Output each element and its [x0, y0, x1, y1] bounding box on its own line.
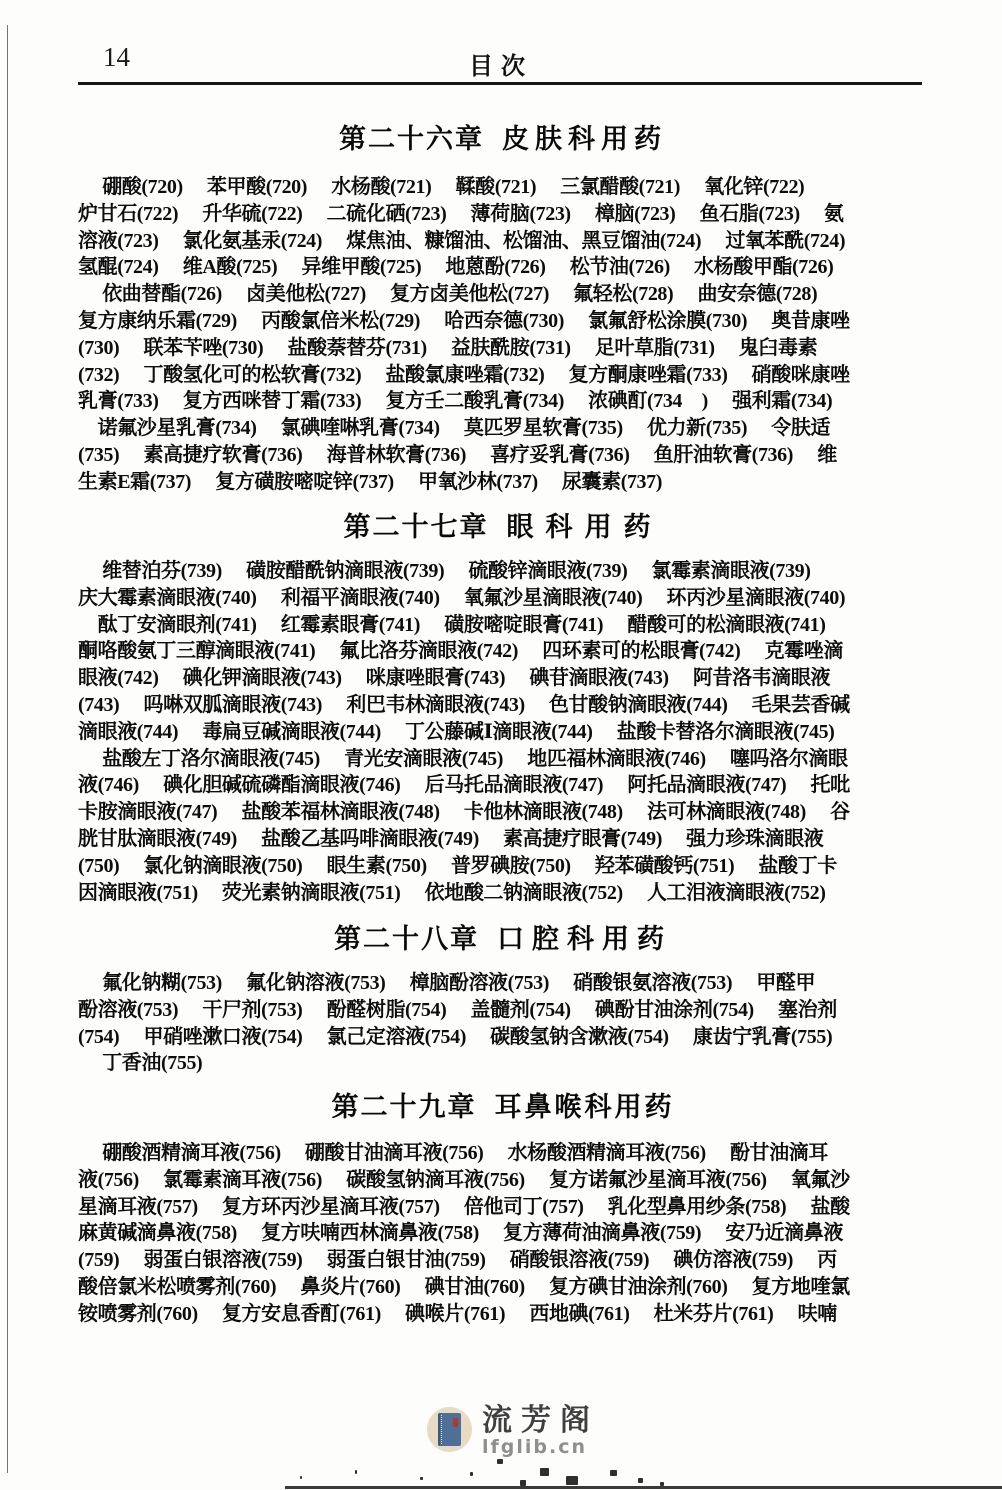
chapter-body: 维替泊芬(739) 磺胺醋酰钠滴眼液(739) 硫酸锌滴眼液(739) 氯霉素滴…: [78, 558, 928, 906]
chapter-subject: 皮肤科用药: [502, 124, 667, 154]
toc-line: 溶液(723) 氯化氨基汞(724) 煤焦油、糠馏油、松馏油、黑豆馏油(724)…: [78, 228, 928, 255]
scan-noise: [300, 1476, 302, 1479]
chapter-section: 第二十八章口腔科用药 氟化钠糊(753) 氟化钠溶液(753) 樟脑酚溶液(75…: [78, 924, 928, 1077]
toc-line: 星滴耳液(757) 复方环丙沙星滴耳液(757) 倍他司丁(757) 乳化型鼻用…: [78, 1194, 928, 1221]
scan-noise: [420, 1477, 423, 1480]
toc-line: 胱甘肽滴眼液(749) 盐酸乙基吗啡滴眼液(749) 素高捷疗眼膏(749) 强…: [78, 826, 928, 853]
toc-line: (759) 弱蛋白银溶液(759) 弱蛋白银甘油(759) 硝酸银溶液(759)…: [78, 1247, 928, 1274]
chapter-subject: 眼科用药: [507, 512, 663, 542]
scan-noise: [470, 1472, 473, 1476]
scan-noise: [566, 1476, 578, 1485]
chapter-section: 第二十七章眼科用药 维替泊芬(739) 磺胺醋酰钠滴眼液(739) 硫酸锌滴眼液…: [78, 512, 928, 906]
scan-bottom-edge: [285, 1486, 1002, 1489]
toc-line: 铵喷雾剂(760) 复方安息香酊(761) 碘喉片(761) 西地碘(761) …: [78, 1301, 928, 1328]
toc-line: 硼酸酒精滴耳液(756) 硼酸甘油滴耳液(756) 水杨酸酒精滴耳液(756) …: [78, 1140, 928, 1167]
scan-noise: [638, 1478, 643, 1483]
toc-line: 氟化钠糊(753) 氟化钠溶液(753) 樟脑酚溶液(753) 硝酸银氨溶液(7…: [78, 970, 928, 997]
watermark-site-name: 流芳阁: [482, 1405, 599, 1437]
scan-noise: [660, 1482, 664, 1486]
toc-line: 因滴眼液(751) 荧光素钠滴眼液(751) 依地酸二钠滴眼液(752) 人工泪…: [78, 880, 928, 907]
toc-line: (754) 甲硝唑漱口液(754) 氯己定溶液(754) 碳酸氢钠含漱液(754…: [78, 1024, 928, 1051]
scan-noise: [610, 1470, 617, 1476]
page-header: 14 目次: [78, 40, 924, 86]
book-logo-icon: [427, 1407, 472, 1452]
chapter-subject: 耳鼻喉科用药: [495, 1092, 675, 1122]
toc-line: 丁香油(755): [78, 1050, 928, 1077]
scan-edge-line: [7, 25, 8, 1473]
toc-line: 液(756) 氯霉素滴耳液(756) 碳酸氢钠滴耳液(756) 复方诺氟沙星滴耳…: [78, 1167, 928, 1194]
scan-noise: [497, 1459, 503, 1464]
toc-line: 炉甘石(722) 升华硫(722) 二硫化硒(723) 薄荷脑(723) 樟脑(…: [78, 201, 928, 228]
chapter-number: 第二十九章: [332, 1092, 477, 1122]
toc-line: 酸倍氯米松喷雾剂(760) 鼻炎片(760) 碘甘油(760) 复方碘甘油涂剂(…: [78, 1274, 928, 1301]
scanned-toc-page: 14 目次 第二十六章皮肤科用药 硼酸(720) 苯甲酸(720) 水杨酸(72…: [0, 0, 1002, 1490]
red-seal-mark: [453, 1418, 458, 1427]
toc-line: 诺氟沙星乳膏(734) 氯碘喹啉乳膏(734) 莫匹罗星软膏(735) 优力新(…: [78, 415, 928, 442]
toc-line: 液(746) 碘化胆碱硫磷酯滴眼液(746) 后马托品滴眼液(747) 阿托品滴…: [78, 772, 928, 799]
toc-line: 复方康纳乐霜(729) 丙酸氯倍米松(729) 哈西奈德(730) 氯氟舒松涂膜…: [78, 308, 928, 335]
page-header-title: 目次: [78, 46, 924, 81]
chapter-title: 第二十八章口腔科用药: [78, 924, 928, 954]
toc-line: 眼液(742) 碘化钾滴眼液(743) 咪康唑眼膏(743) 碘苷滴眼液(743…: [78, 665, 928, 692]
toc-line: 庆大霉素滴眼液(740) 利福平滴眼液(740) 氧氟沙星滴眼液(740) 环丙…: [78, 585, 928, 612]
chapter-title: 第二十九章耳鼻喉科用药: [78, 1092, 928, 1122]
chapter-body: 硼酸(720) 苯甲酸(720) 水杨酸(721) 鞣酸(721) 三氯醋酸(7…: [78, 174, 928, 496]
toc-line: (743) 吗啉双胍滴眼液(743) 利巴韦林滴眼液(743) 色甘酸钠滴眼液(…: [78, 692, 928, 719]
chapter-title: 第二十六章皮肤科用药: [78, 124, 928, 154]
toc-line: (735) 素高捷疗软膏(736) 海普林软膏(736) 喜疗妥乳膏(736) …: [78, 442, 928, 469]
watermark-site-url: lfglib.cn: [482, 1437, 599, 1457]
chapter-section: 第二十九章耳鼻喉科用药 硼酸酒精滴耳液(756) 硼酸甘油滴耳液(756) 水杨…: [78, 1092, 928, 1328]
chapter-number: 第二十八章: [334, 924, 479, 954]
toc-line: 维替泊芬(739) 磺胺醋酰钠滴眼液(739) 硫酸锌滴眼液(739) 氯霉素滴…: [78, 558, 928, 585]
scan-noise: [355, 1470, 357, 1474]
header-rule: [78, 82, 922, 85]
book-icon: [438, 1413, 461, 1446]
watermark: 流芳阁 lfglib.cn: [427, 1405, 687, 1463]
toc-line: 氢醌(724) 维A酸(725) 异维甲酸(725) 地蒽酚(726) 松节油(…: [78, 254, 928, 281]
toc-line: 卡胺滴眼液(747) 盐酸苯福林滴眼液(748) 卡他林滴眼液(748) 法可林…: [78, 799, 928, 826]
toc-line: 麻黄碱滴鼻液(758) 复方呋喃西林滴鼻液(758) 复方薄荷油滴鼻液(759)…: [78, 1220, 928, 1247]
toc-line: (732) 丁酸氢化可的松软膏(732) 盐酸氯康唑霜(732) 复方酮康唑霜(…: [78, 362, 928, 389]
chapter-body: 硼酸酒精滴耳液(756) 硼酸甘油滴耳液(756) 水杨酸酒精滴耳液(756) …: [78, 1140, 928, 1328]
toc-line: (730) 联苯苄唑(730) 盐酸萘替芬(731) 益肤酰胺(731) 足叶草…: [78, 335, 928, 362]
scan-noise: [540, 1468, 549, 1476]
chapter-title: 第二十七章眼科用药: [78, 512, 928, 542]
scan-noise: [520, 1480, 526, 1486]
toc-line: 酮咯酸氨丁三醇滴眼液(741) 氟比洛芬滴眼液(742) 四环素可的松眼膏(74…: [78, 638, 928, 665]
toc-line: 酚溶液(753) 干尸剂(753) 酚醛树脂(754) 盖髓剂(754) 碘酚甘…: [78, 997, 928, 1024]
toc-line: 生素E霜(737) 复方磺胺嘧啶锌(737) 甲氧沙林(737) 尿囊素(737…: [78, 469, 928, 496]
toc-line: 滴眼液(744) 毒扁豆碱滴眼液(744) 丁公藤碱Ⅰ滴眼液(744) 盐酸卡替…: [78, 719, 928, 746]
book-pages-stitch: [441, 1415, 443, 1444]
toc-line: 盐酸左丁洛尔滴眼液(745) 青光安滴眼液(745) 地匹福林滴眼液(746) …: [78, 746, 928, 773]
chapter-subject: 口腔科用药: [497, 924, 672, 954]
chapter-body: 氟化钠糊(753) 氟化钠溶液(753) 樟脑酚溶液(753) 硝酸银氨溶液(7…: [78, 970, 928, 1077]
toc-line: 依曲替酯(726) 卤美他松(727) 复方卤美他松(727) 氟轻松(728)…: [78, 281, 928, 308]
chapter-number: 第二十七章: [344, 512, 489, 542]
toc-line: 乳膏(733) 复方西咪替丁霜(733) 复方壬二酸乳膏(734) 浓碘酊(73…: [78, 388, 928, 415]
chapter-number: 第二十六章: [339, 124, 484, 154]
toc-line: 酞丁安滴眼剂(741) 红霉素眼膏(741) 磺胺嘧啶眼膏(741) 醋酸可的松…: [78, 612, 928, 639]
toc-line: (750) 氯化钠滴眼液(750) 眼生素(750) 普罗碘胺(750) 羟苯磺…: [78, 853, 928, 880]
chapter-section: 第二十六章皮肤科用药 硼酸(720) 苯甲酸(720) 水杨酸(721) 鞣酸(…: [78, 124, 928, 496]
watermark-text: 流芳阁 lfglib.cn: [482, 1405, 599, 1457]
toc-line: 硼酸(720) 苯甲酸(720) 水杨酸(721) 鞣酸(721) 三氯醋酸(7…: [78, 174, 928, 201]
